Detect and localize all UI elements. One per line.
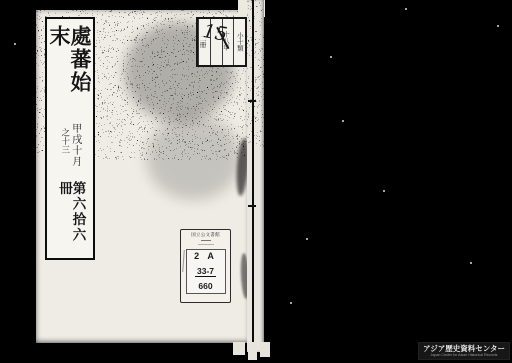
call-number-line-3: 660	[189, 281, 223, 291]
title-slip: 處蕃始末 甲戌十月 之十三 第六拾六冊	[45, 17, 95, 260]
classification-column: 小十類	[233, 19, 245, 65]
stitch-mark	[248, 100, 256, 102]
page-tab	[233, 342, 245, 355]
speckle-dot	[497, 25, 499, 27]
page-tab	[260, 342, 270, 357]
stamp-smudge	[198, 244, 214, 245]
speckle-dot	[14, 43, 16, 45]
stitch-mark	[248, 205, 256, 207]
watermark-english: Japan Center for Asian Historical Record…	[423, 353, 505, 358]
binding-thread	[252, 0, 254, 352]
scan-noise-texture	[247, 0, 512, 150]
pencil-mark	[182, 250, 185, 272]
page-tab	[248, 342, 257, 360]
book-title: 處蕃始末	[49, 25, 91, 117]
classification-label: 小十類 十八年 二冊 15	[196, 17, 247, 67]
watermark: アジア歴史資料センター Japan Center for Asian Histo…	[418, 342, 510, 360]
archive-label: 国立公文書館 2 A 33-7 660	[180, 229, 231, 303]
label-divider	[201, 240, 211, 241]
speckle-dot	[405, 8, 407, 10]
speckle-dot	[342, 120, 344, 122]
call-number-line-2: 33-7	[195, 266, 216, 277]
title-slip-number: 之十三	[60, 128, 69, 175]
title-slip-subline: 甲戌十月 之十三	[60, 123, 80, 175]
archive-institution: 国立公文書館	[183, 232, 228, 238]
speckle-dot	[383, 190, 385, 192]
scan-smudge	[146, 115, 241, 200]
archive-call-number-box: 2 A 33-7 660	[186, 249, 226, 294]
title-slip-volume: 第六拾六冊	[57, 181, 84, 258]
scanned-page: 處蕃始末 甲戌十月 之十三 第六拾六冊 小十類 十八年 二冊 15 国立公文書館…	[0, 0, 512, 363]
call-number-line-1: 2 A	[189, 251, 223, 261]
pages-edge	[247, 0, 264, 352]
speckle-dot	[470, 262, 472, 264]
title-slip-date: 甲戌十月	[70, 123, 80, 175]
speckle-dot	[306, 238, 308, 240]
speckle-dot	[290, 302, 292, 304]
speckle-dot	[330, 56, 332, 58]
watermark-japanese: アジア歴史資料センター	[421, 345, 507, 354]
